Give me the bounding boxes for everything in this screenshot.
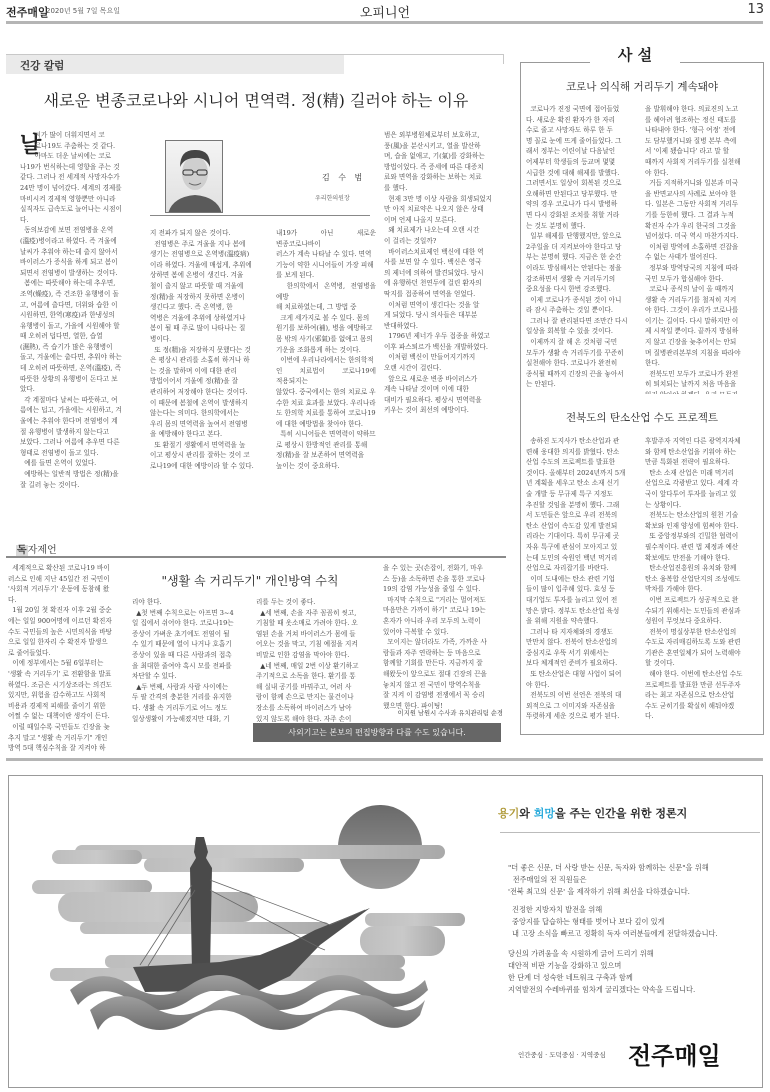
slogan-rest: 을 주는 인간을 위한 정론지 xyxy=(555,807,687,820)
section-bottom-divider xyxy=(6,758,763,761)
reader-column-col2: 리야 한다. ▲첫 번째 수칙으로는 아프면 3~4 일 집에서 쉬어야 한다.… xyxy=(132,597,250,722)
reader-byline: 이지원 남원시 수사과 유치관리팀 순경 xyxy=(383,708,503,717)
slogan-connector: 와 xyxy=(519,807,533,820)
ad-newspaper-logo: 전주매일 xyxy=(628,1036,721,1071)
reader-column-label-first: 독 xyxy=(16,545,28,556)
reader-column-headline: "생활 속 거리두기" 개인방역 수칙 xyxy=(130,572,370,589)
editorial-1-col1: 코로나가 진정 국면에 접어들었 다. 새로운 확진 환자가 한 자리 수로 줄… xyxy=(526,104,638,394)
reader-column-label-rest: 자제언 xyxy=(28,545,57,556)
ad-paragraph-2: 진정한 지방자치 발전을 위해 중앙지를 답습하는 형태를 벗어나 보다 깊이 … xyxy=(512,904,718,940)
editorial-headline-2: 전북도의 탄소산업 수도 프로젝트 xyxy=(520,410,764,425)
pen-nib-ship-illustration-icon xyxy=(20,790,470,1080)
author-title: 우리한의원장 xyxy=(315,193,350,202)
slogan-hope: 희망 xyxy=(534,807,555,820)
author-divider xyxy=(150,215,370,216)
editorial-1-col2: 을 발휘해야 한다. 의료진의 노고 를 헤아려 협조하는 정신 태도를 나타내… xyxy=(645,104,757,394)
slogan-courage: 용기 xyxy=(498,807,519,820)
health-column-headline: 새로운 변종코로나와 시니어 면역력. 정(精) 길러야 하는 이유 xyxy=(6,88,506,111)
ad-paragraph-3: 당신의 가려움을 속 시원하게 긁어 드리기 위해 대안적 비판 기능을 강화하… xyxy=(508,948,695,996)
author-portrait-icon xyxy=(166,141,223,213)
reader-column-col3: 리를 두는 것이 좋다. ▲세 번째, 손을 자주 꼼꼼히 씻고, 기침할 때 … xyxy=(256,597,376,722)
page-number: 13 xyxy=(747,2,764,17)
editorial-2-col1: 송하진 도지사가 탄소산업과 관 련해 웅대한 의지를 밝혔다. 탄소 산업 수… xyxy=(526,436,638,730)
contribution-disclaimer: 사외기고는 본보의 편집방향과 다를 수도 있습니다. xyxy=(253,723,501,742)
health-column-text-col1: 씨가 많이 더워지면서 코 로나19도 주춤하는 것 같다. 아마도 더운 날씨… xyxy=(20,130,136,545)
health-column-text-col3: 내19가 아닌 새로운 변종코로나바이 러스가 계속 나타날 수 있다. 면역 … xyxy=(276,228,376,545)
health-column-label: 건강 칼럼 xyxy=(20,58,64,73)
health-column-text-col2: 지 전파가 되지 않은 것이다. 전염병은 주로 겨울을 지나 봄에 생기는 전… xyxy=(150,228,266,545)
masthead-divider xyxy=(6,21,763,24)
editorial-2-col2: 후발주자 지역인 다른 광역지자체 와 함께 탄소산업을 키워야 하는 만큼 특… xyxy=(645,436,757,730)
masthead: 전주매일 2020년 5월 7일 목요일 오피니언 13 xyxy=(6,0,764,22)
editorial-header: 사 설 xyxy=(590,44,680,65)
ad-motto: 인간중심 · 도덕중심 · 지역중심 xyxy=(518,1050,606,1059)
health-column-right-rule xyxy=(503,54,504,64)
reader-column-col4: 을 수 있는 곳(손잡이, 전화기, 마우 스 등)을 소독하면 손을 통한 코… xyxy=(383,563,503,709)
reader-column-divider xyxy=(6,556,506,558)
ad-slogan: 용기와 희망을 주는 인간을 위한 정론지 xyxy=(498,805,687,821)
health-column-top-rule xyxy=(6,54,504,55)
reader-column-col1: 세계적으로 확산된 코로나19 바이 러스로 인해 지난 45일간 전 국민이 … xyxy=(8,563,124,758)
ad-slogan-divider xyxy=(500,832,760,833)
author-name: 김 수 범 xyxy=(322,172,365,183)
author-photo xyxy=(165,140,223,213)
reader-column-label: 독자제언 xyxy=(16,541,57,556)
ad-paragraph-1: "더 좋은 신문, 더 사랑 받는 신문, 독자와 함께하는 신문"을 위해 전… xyxy=(508,862,709,898)
editorial-headline-1: 코로나 의식해 거리두기 계속돼야 xyxy=(520,79,764,94)
section-title: 오피니언 xyxy=(6,2,764,21)
health-column-text-col4: 범은 외부병원체로부터 보호하고, 풍(風)을 분산시키고, 열을 발산하 며,… xyxy=(384,130,502,545)
